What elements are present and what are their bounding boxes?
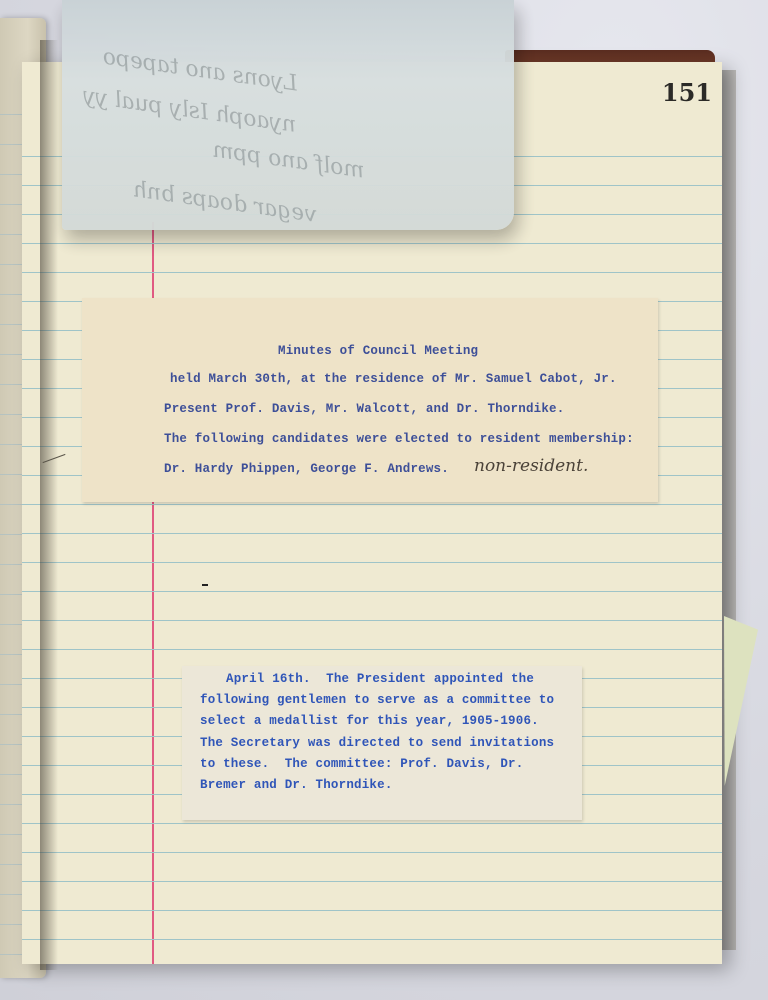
ruled-line [22,881,722,882]
clipping-line: to these. The committee: Prof. Davis, Dr… [200,757,523,771]
tissue-overlay-sheet[interactable]: Lyons ano tapepo nyaoph Isly pual yy mol… [62,0,514,230]
mirrored-script: molf ano ppm [211,137,366,183]
ruled-line [22,649,722,650]
ink-mark [202,584,208,586]
ruled-line [22,910,722,911]
clipping-committee-note: April 16th. The President appointed the … [182,666,582,820]
clipping-line: Present Prof. Davis, Mr. Walcott, and Dr… [164,402,564,416]
clipping-line: The Secretary was directed to send invit… [200,736,554,750]
clipping-council-minutes: Minutes of Council Meeting held March 30… [82,298,658,502]
ruled-line [22,591,722,592]
ruled-line [22,620,722,621]
ruled-line [22,504,722,505]
handwritten-annotation: non-resident. [474,456,588,476]
clipping-line: Dr. Hardy Phippen, George F. Andrews. [164,462,449,476]
ruled-line [22,852,722,853]
ruled-line [22,243,722,244]
clipping-line: select a medallist for this year, 1905-1… [200,714,539,728]
ruled-line [22,823,722,824]
spine-shadow [40,40,58,970]
clipping-line: Bremer and Dr. Thorndike. [200,778,393,792]
ruled-line [22,562,722,563]
clipping-line: following gentlemen to serve as a commit… [200,693,554,707]
ruled-line [22,939,722,940]
clipping-title: Minutes of Council Meeting [278,344,478,358]
page-number: 151 [662,78,712,107]
ruled-line [22,533,722,534]
mirrored-script: vegar doaps bnh [131,177,318,228]
clipping-line: The following candidates were elected to… [164,432,634,446]
page-edge [722,70,736,950]
clipping-line: April 16th. The President appointed the [226,672,534,686]
clipping-line: held March 30th, at the residence of Mr.… [170,372,617,386]
ruled-line [22,272,722,273]
